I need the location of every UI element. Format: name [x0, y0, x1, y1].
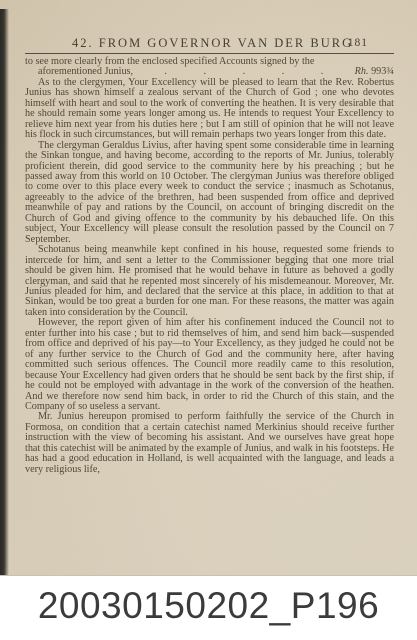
- chapter-title: 42. FROM GOVERNOR VAN DER BURG: [72, 36, 339, 51]
- running-header: 42. FROM GOVERNOR VAN DER BURG 181: [25, 36, 394, 51]
- body-text: to see more clearly from the enclosed sp…: [25, 57, 394, 475]
- scan-gutter-shadow: [0, 9, 9, 575]
- page-number: 181: [348, 37, 368, 49]
- scanned-book-page: 42. FROM GOVERNOR VAN DER BURG 181 to se…: [0, 0, 417, 640]
- paragraph: Mr. Junius hereupon promised to perform …: [25, 412, 394, 475]
- archive-footer-strip: 20030150202_P196: [0, 575, 417, 640]
- amount-value: 993¾: [371, 66, 394, 77]
- page-content: 42. FROM GOVERNOR VAN DER BURG 181 to se…: [25, 36, 394, 475]
- header-rule: [25, 53, 394, 54]
- currency-abbreviation: Rh.: [355, 66, 369, 77]
- paragraph: Schotanus being meanwhile kept confined …: [25, 245, 394, 318]
- archive-id-watermark: 20030150202_P196: [38, 587, 379, 624]
- paragraph: The clergyman Geraldus Livius, after hav…: [25, 141, 394, 246]
- paragraph: However, the report given of him after h…: [25, 318, 394, 412]
- paragraph: As to the clergymen, Your Excellency wil…: [25, 78, 394, 141]
